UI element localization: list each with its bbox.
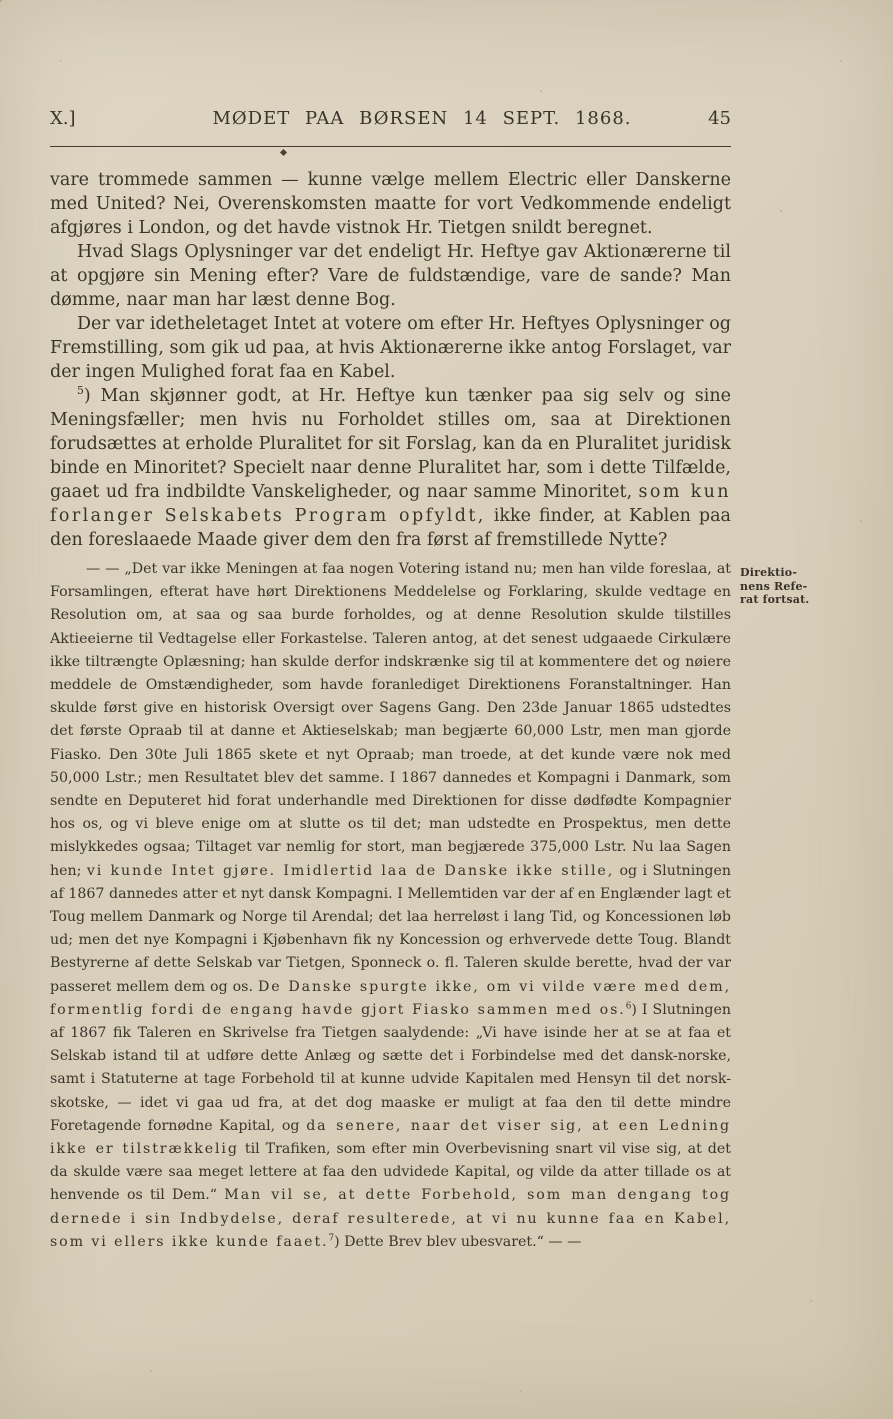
- referat-quote-section: — — „Det var ikke Meningen at faa nogen …: [50, 558, 893, 1254]
- text-run: ) Man skjønner godt, at Hr. Heftye kun t…: [50, 386, 731, 502]
- text-run: ) Dette Brev blev ubesvaret.“ — —: [334, 1234, 581, 1250]
- page-header: X.] MØDET PAA BØRSEN 14 SEPT. 1868. 45: [50, 108, 731, 134]
- margin-note-line: Direktio-: [740, 566, 840, 580]
- text-paragraph: vare trommede sammen — kunne vælge melle…: [50, 168, 731, 240]
- margin-note-line: nens Refe-: [740, 580, 840, 594]
- text-paragraph: Der var idetheletaget Intet at votere om…: [50, 312, 731, 384]
- scanned-book-page: X.] MØDET PAA BØRSEN 14 SEPT. 1868. 45 v…: [0, 0, 893, 1419]
- chapter-label: X.]: [50, 108, 76, 129]
- header-rule: [50, 146, 731, 147]
- text-run: — — „Det var ikke Meningen at faa nogen …: [50, 561, 731, 879]
- margin-note-line: rat fortsat.: [740, 593, 840, 607]
- text-run: vare trommede sammen — kunne vælge melle…: [50, 170, 731, 238]
- text-paragraph: — — „Det var ikke Meningen at faa nogen …: [50, 558, 731, 1254]
- text-paragraph: Hvad Slags Oplysninger var det endeligt …: [50, 240, 731, 312]
- page-number: 45: [708, 108, 731, 129]
- text-run: ) I Slutningen af 1867 fik Taleren en Sk…: [50, 1002, 731, 1134]
- margin-note: Direktio-nens Refe-rat fortsat.: [740, 566, 840, 607]
- text-run: Der var idetheletaget Intet at votere om…: [50, 314, 731, 382]
- text-paragraph: 5) Man skjønner godt, at Hr. Heftye kun …: [50, 384, 731, 552]
- main-text-block: vare trommede sammen — kunne vælge melle…: [50, 168, 731, 552]
- text-run: og i Slutningen af 1867 dannedes atter e…: [50, 863, 731, 995]
- referat-quote-text: — — „Det var ikke Meningen at faa nogen …: [50, 558, 731, 1254]
- footnote-ref: 5: [77, 384, 84, 397]
- paper-grain-texture: [0, 0, 2, 2]
- text-run: vi kunde Intet gjøre. Imidlertid laa de …: [87, 863, 614, 879]
- text-run: Hvad Slags Oplysninger var det endeligt …: [50, 242, 731, 310]
- diamond-ornament-icon: [280, 149, 287, 156]
- running-title: MØDET PAA BØRSEN 14 SEPT. 1868.: [212, 108, 631, 129]
